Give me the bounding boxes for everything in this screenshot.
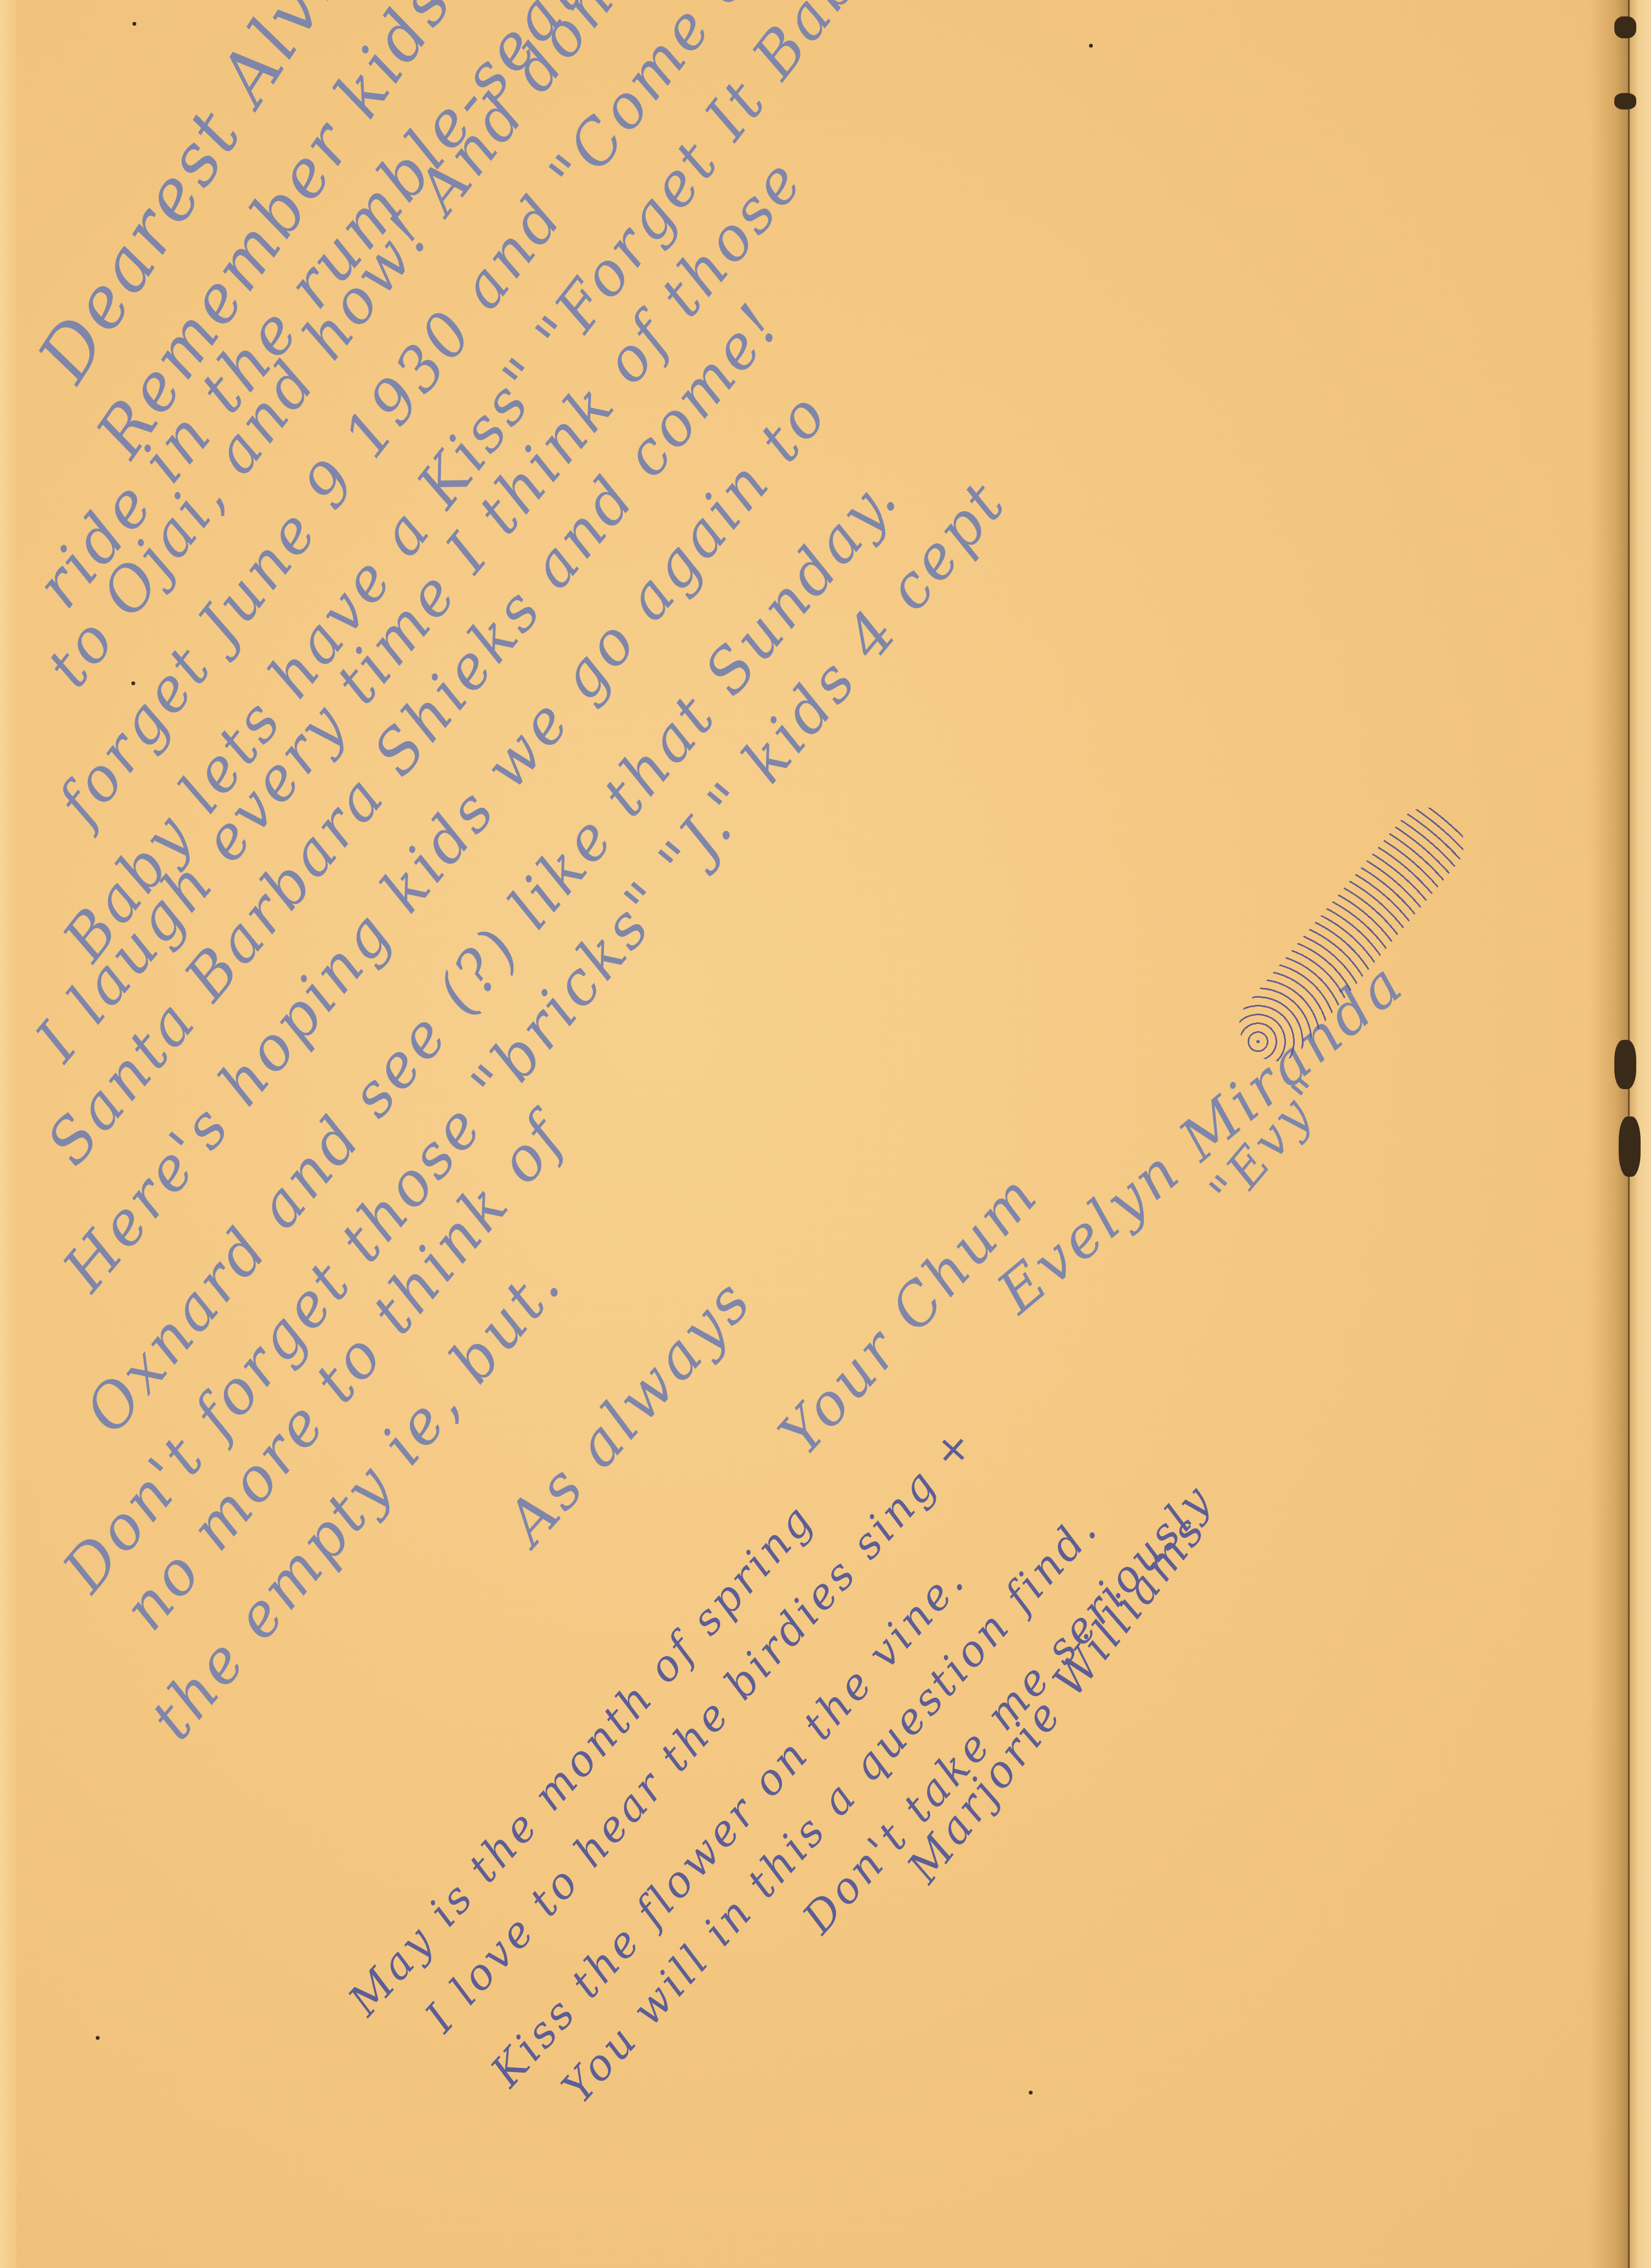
signature-evelyn: Evelyn Miranda: [985, 949, 1417, 1327]
paper-tear: [1614, 93, 1636, 109]
autograph-page: Dearest Alvina: Remember kids that ride …: [0, 0, 1651, 2268]
paper-speck: [1029, 2091, 1033, 2095]
paper-speck: [96, 2036, 100, 2040]
paper-speck: [1089, 44, 1093, 48]
page-left-edge: [0, 0, 16, 2268]
paper-tear: [1614, 16, 1636, 38]
poem-line: May is the month of spring: [339, 1494, 824, 2025]
paper-speck: [132, 22, 136, 26]
paper-tear: [1619, 1116, 1641, 1177]
closing-chum: Your Chum: [766, 1161, 1051, 1468]
paper-tear: [1614, 1040, 1636, 1089]
paper-speck: [131, 681, 135, 685]
